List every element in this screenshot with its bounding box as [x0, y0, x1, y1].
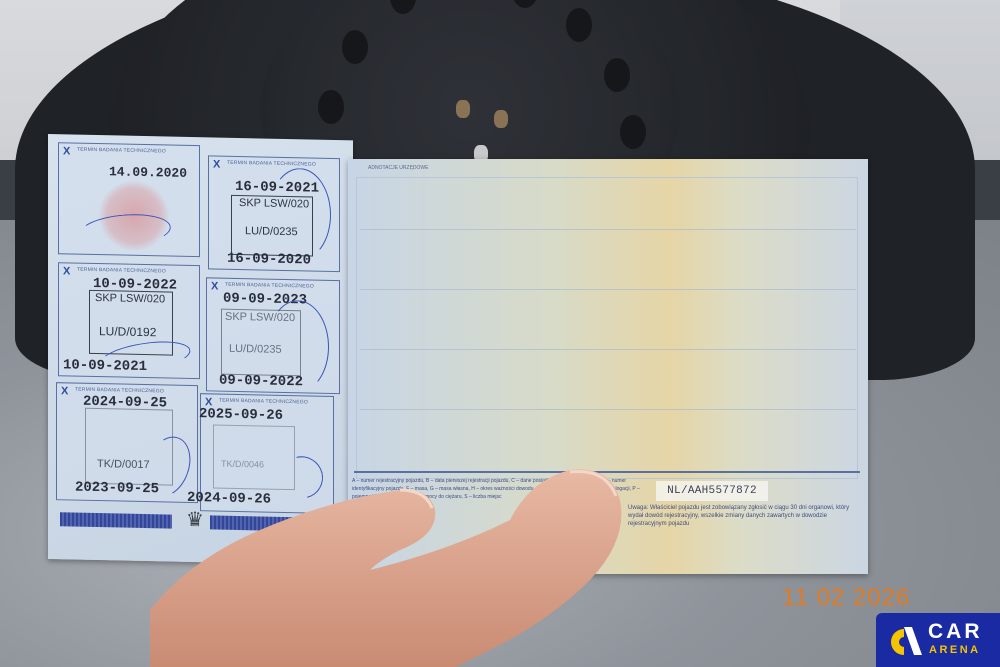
- annotation-frame: [356, 177, 858, 479]
- rim-hole: [566, 8, 592, 42]
- stamp-date-top: 2025-09-26: [199, 406, 283, 424]
- inspection-stamp: X TERMIN BADANIA TECHNICZNEGO 14.09.2020: [58, 142, 200, 257]
- stamp-x-mark: X: [63, 145, 70, 157]
- stamp-header: TERMIN BADANIA TECHNICZNEGO: [227, 160, 316, 168]
- rim-hole: [512, 0, 538, 8]
- document-serial-number: NL/AAH5577872: [656, 481, 768, 501]
- logo-text-car: CAR: [928, 620, 983, 644]
- station-code: SKP LSW/020: [95, 292, 165, 305]
- signature: [78, 211, 173, 251]
- lug-nut: [456, 100, 470, 118]
- car-arena-mark-icon: [888, 625, 922, 657]
- stamp-date-top: 14.09.2020: [109, 164, 187, 181]
- logo-text-arena: ARENA: [929, 644, 981, 656]
- car-arena-logo: CAR ARENA: [876, 613, 1000, 667]
- inspection-stamp: X TERMIN BADANIA TECHNICZNEGO 16-09-2021…: [208, 155, 340, 272]
- inspector-code: TK/D/0017: [97, 458, 150, 471]
- stamp-x-mark: X: [211, 280, 218, 292]
- inspection-stamp: X TERMIN BADANIA TECHNICZNEGO 10-09-2022…: [58, 262, 200, 379]
- hand: [150, 460, 670, 667]
- ruled-line: [360, 289, 856, 290]
- photo-scene: X TERMIN BADANIA TECHNICZNEGO 14.09.2020…: [0, 0, 1000, 667]
- ruled-line: [360, 229, 856, 230]
- rim-hole: [318, 90, 344, 124]
- stamp-header: TERMIN BADANIA TECHNICZNEGO: [225, 282, 314, 290]
- stamp-x-mark: X: [213, 158, 220, 170]
- stamp-header: TERMIN BADANIA TECHNICZNEGO: [77, 147, 166, 155]
- ruled-line: [360, 349, 856, 350]
- photo-timestamp: 11 02 2026: [782, 584, 910, 612]
- stamp-x-mark: X: [61, 385, 68, 397]
- stamp-x-mark: X: [63, 265, 70, 277]
- inspection-stamp: X TERMIN BADANIA TECHNICZNEGO 09-09-2023…: [206, 277, 340, 394]
- section-title: ADNOTACJE URZĘDOWE: [368, 165, 428, 171]
- inspector-code: LU/D/0192: [99, 324, 156, 339]
- ruled-line: [360, 409, 856, 410]
- rim-hole: [604, 58, 630, 92]
- signature: [269, 168, 331, 261]
- lug-nut: [494, 110, 508, 128]
- stamp-header: TERMIN BADANIA TECHNICZNEGO: [219, 398, 308, 406]
- signature: [267, 300, 329, 393]
- rim-hole: [390, 0, 416, 14]
- stamp-header: TERMIN BADANIA TECHNICZNEGO: [77, 267, 166, 275]
- rim-hole: [342, 30, 368, 64]
